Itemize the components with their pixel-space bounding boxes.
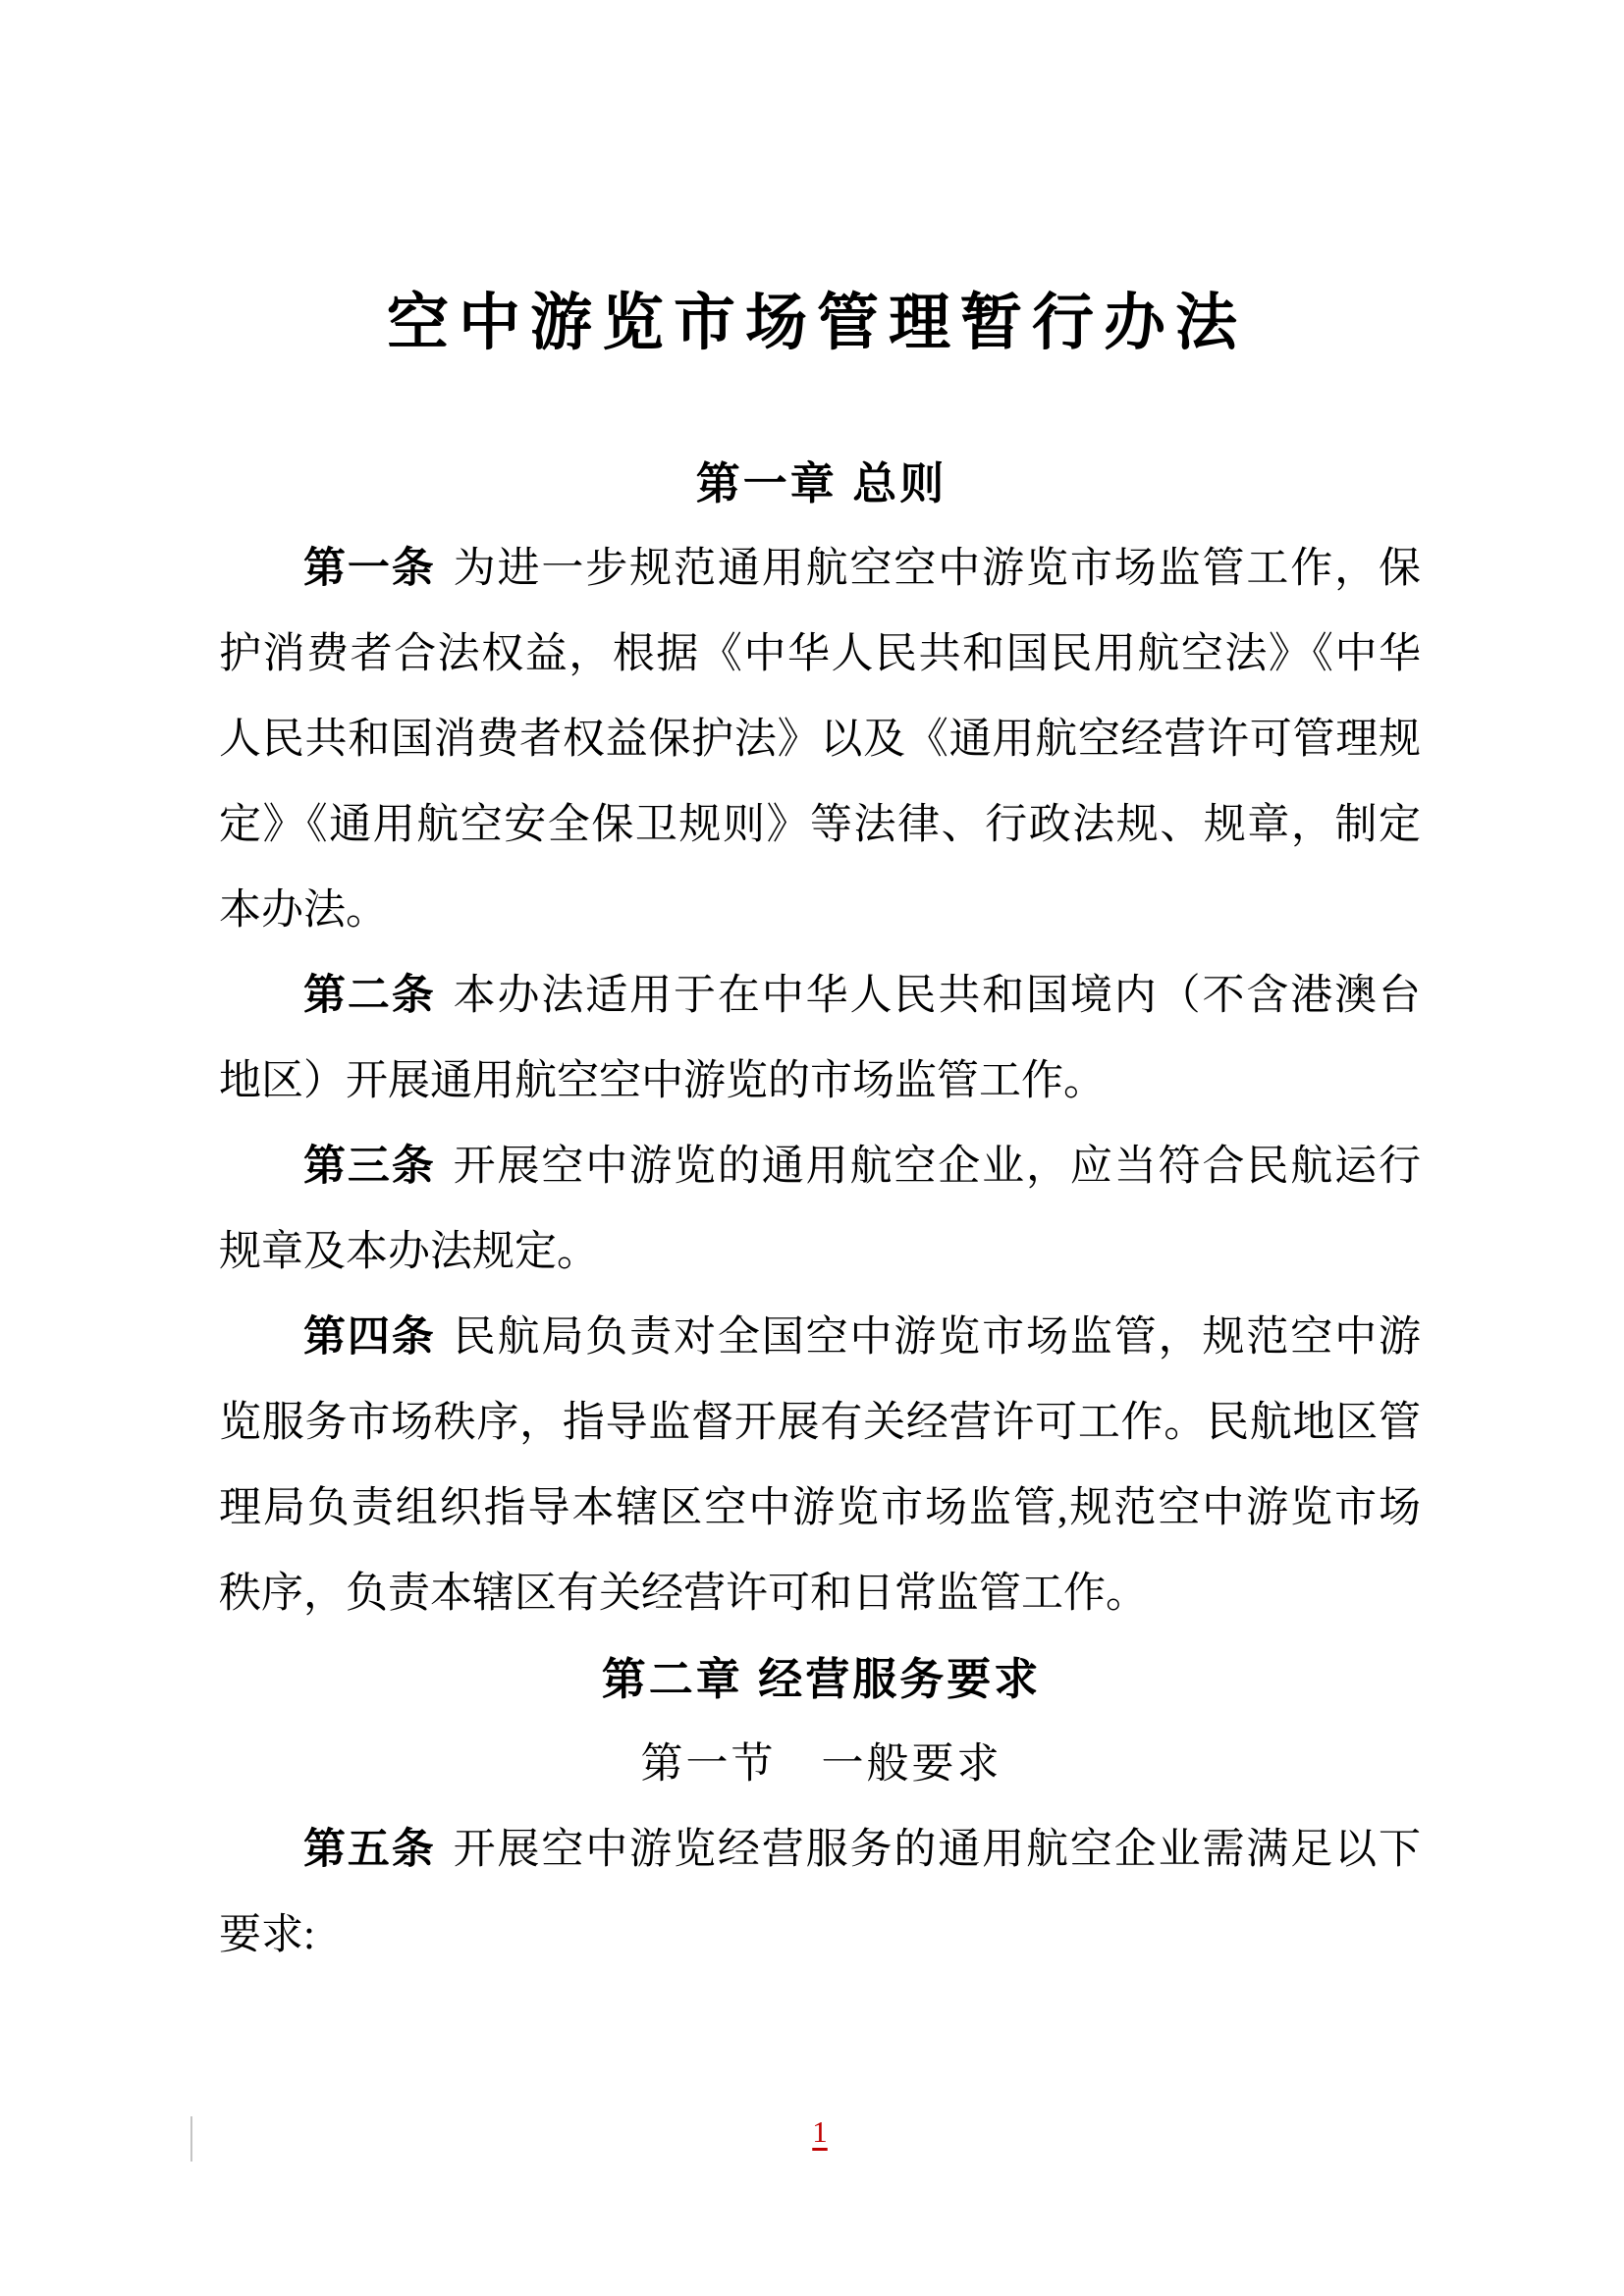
text-line: 第三条开展空中游览的通用航空企业，应当符合民航运行 (219, 1124, 1421, 1209)
page-number: 1 (812, 2114, 828, 2149)
page-footer: 1 (219, 2110, 1421, 2154)
article-paragraph: 第四条民航局负责对全国空中游览市场监管，规范空中游览服务市场秩序，指导监督开展有… (219, 1295, 1421, 1636)
article-number: 第一条 (303, 546, 436, 592)
text-line: 秩序，负责本辖区有关经营许可和日常监管工作。 (219, 1551, 1421, 1636)
article-number: 第四条 (303, 1314, 436, 1361)
document-page: 空中游览市场管理暂行办法 第一章 总则第一条为进一步规范通用航空空中游览市场监管… (0, 0, 1624, 2296)
text-line: 定》《通用航空安全保卫规则》等法律、行政法规、规章，制定 (219, 782, 1421, 868)
text-line: 理局负责组织指导本辖区空中游览市场监管,规范空中游览市场 (219, 1466, 1421, 1551)
article-paragraph: 第三条开展空中游览的通用航空企业，应当符合民航运行规章及本办法规定。 (219, 1124, 1421, 1295)
article-paragraph: 第一条为进一步规范通用航空空中游览市场监管工作，保护消费者合法权益，根据《中华人… (219, 526, 1421, 953)
article-paragraph: 第二条本办法适用于在中华人民共和国境内（不含港澳台地区）开展通用航空空中游览的市… (219, 953, 1421, 1124)
revision-bar-marker (190, 2116, 192, 2162)
text-line: 第二条本办法适用于在中华人民共和国境内（不含港澳台 (219, 953, 1421, 1039)
text-line: 第五条开展空中游览经营服务的通用航空企业需满足以下 (219, 1807, 1421, 1893)
text-line: 要求: (219, 1893, 1421, 1978)
article-number: 第二条 (303, 973, 436, 1019)
text-line: 本办法。 (219, 868, 1421, 953)
text-line: 第一条为进一步规范通用航空空中游览市场监管工作，保 (219, 526, 1421, 612)
article-number: 第三条 (303, 1144, 436, 1190)
chapter-heading: 第一章 总则 (219, 441, 1421, 526)
text-line: 人民共和国消费者权益保护法》以及《通用航空经营许可管理规 (219, 697, 1421, 782)
text-line: 览服务市场秩序，指导监督开展有关经营许可工作。民航地区管 (219, 1380, 1421, 1466)
chapter-heading: 第二章 经营服务要求 (219, 1636, 1421, 1722)
text-line: 第四条民航局负责对全国空中游览市场监管，规范空中游 (219, 1295, 1421, 1380)
document-body: 第一章 总则第一条为进一步规范通用航空空中游览市场监管工作，保护消费者合法权益，… (219, 441, 1421, 1978)
text-line: 规章及本办法规定。 (219, 1209, 1421, 1295)
text-line: 护消费者合法权益，根据《中华人民共和国民用航空法》《中华 (219, 612, 1421, 697)
document-title: 空中游览市场管理暂行办法 (0, 0, 1624, 355)
text-line: 地区）开展通用航空空中游览的市场监管工作。 (219, 1039, 1421, 1124)
article-paragraph: 第五条开展空中游览经营服务的通用航空企业需满足以下要求: (219, 1807, 1421, 1978)
section-heading: 第一节 一般要求 (219, 1722, 1421, 1807)
article-number: 第五条 (303, 1827, 436, 1873)
